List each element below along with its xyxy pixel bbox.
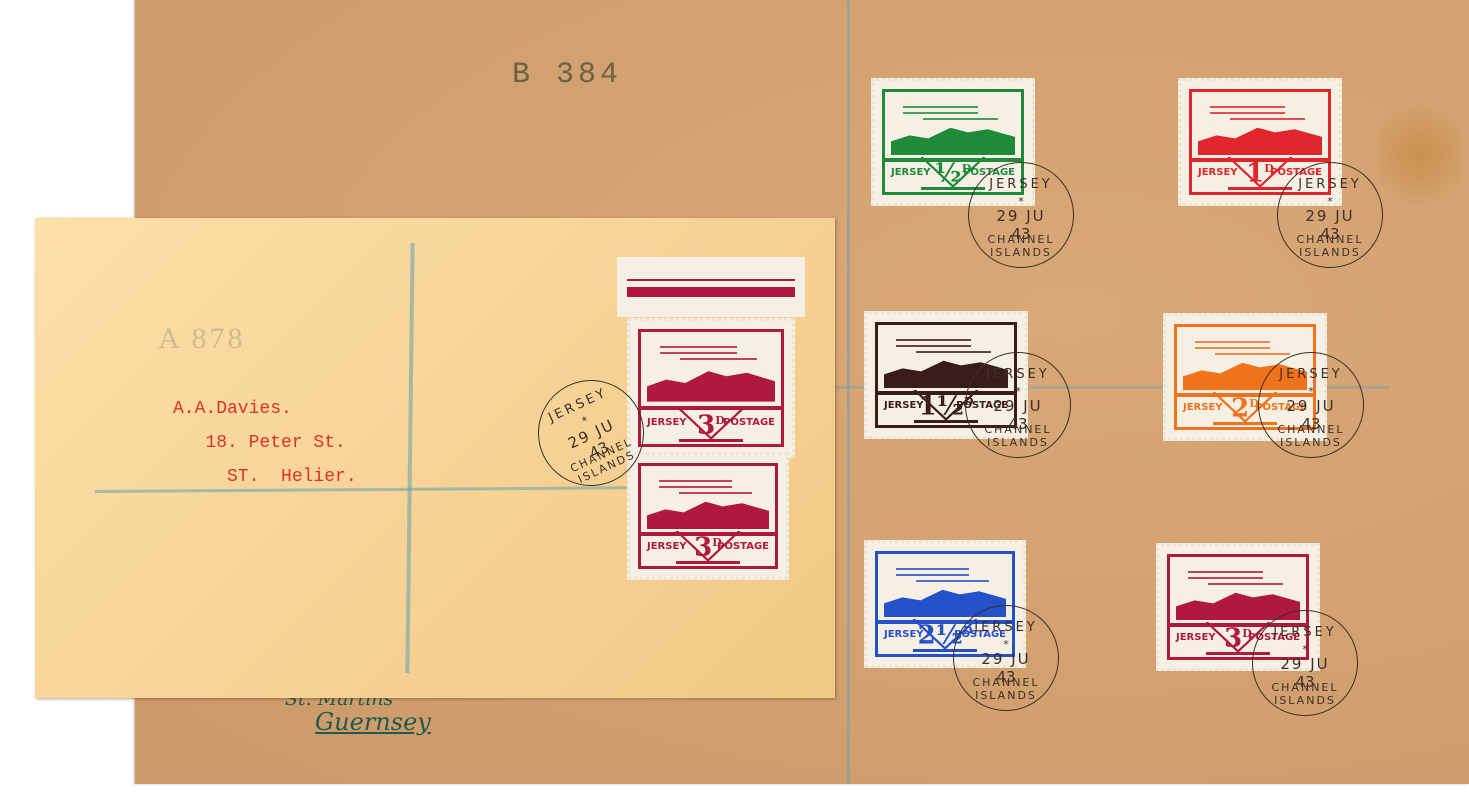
age-stain (1375, 100, 1465, 210)
stamp-two-half-penny-blue: JERSEYPOSTAGE2½D (864, 540, 1026, 668)
stamp-label: POSTAGE (723, 417, 775, 428)
stamp-value: 2½D (918, 617, 973, 650)
stamp-country: JERSEY (1176, 632, 1216, 643)
handwritten-line-2: Guernsey (315, 708, 431, 736)
stamp-value: 3D (1224, 620, 1252, 653)
registration-number-small: A 878 (158, 322, 246, 356)
stamp-two-penny-orange: JERSEYPOSTAGE2D (1163, 313, 1327, 441)
stamp-country: JERSEY (1183, 402, 1223, 413)
stamp-label: POSTAGE (1255, 402, 1307, 413)
stamp-value: ½D (935, 155, 972, 188)
stamp-3d-pair-bottom: JERSEYPOSTAGE3D (627, 452, 789, 580)
stamp-value: 2D (1231, 390, 1259, 423)
address-line-3: ST. Helier. (173, 460, 357, 494)
stamp-half-penny-green: JERSEYPOSTAGE½D (871, 78, 1035, 206)
stamp-country: JERSEY (884, 400, 924, 411)
stamp-one-penny-red: JERSEYPOSTAGE1D (1178, 78, 1342, 206)
sheet-margin-selvage (617, 257, 805, 317)
address-line-2: 18. Peter St. (173, 426, 357, 460)
registration-number-large: B 384 (512, 58, 622, 92)
stamp-country: JERSEY (891, 167, 931, 178)
stamp-one-half-penny-brown: JERSEYPOSTAGE1½D (864, 311, 1028, 439)
stamp-3d-pair-top: JERSEYPOSTAGE3D (627, 318, 795, 458)
stamp-country: JERSEY (1198, 167, 1238, 178)
registration-crayon-line-vertical (847, 0, 850, 784)
stamp-value: 1D (1246, 155, 1274, 188)
stamp-label: POSTAGE (1248, 632, 1300, 643)
stamp-value: 3D (694, 529, 722, 562)
stamp-country: JERSEY (647, 541, 687, 552)
stamp-value: 3D (697, 407, 725, 440)
stamp-label: POSTAGE (1270, 167, 1322, 178)
stamp-country: JERSEY (647, 417, 687, 428)
stamp-value: 1½D (919, 388, 974, 421)
typed-address: A.A.Davies. 18. Peter St. ST. Helier. (173, 392, 357, 494)
stamp-three-penny-red: JERSEYPOSTAGE3D (1156, 543, 1320, 671)
stamp-label: POSTAGE (717, 541, 769, 552)
address-line-1: A.A.Davies. (173, 392, 357, 426)
